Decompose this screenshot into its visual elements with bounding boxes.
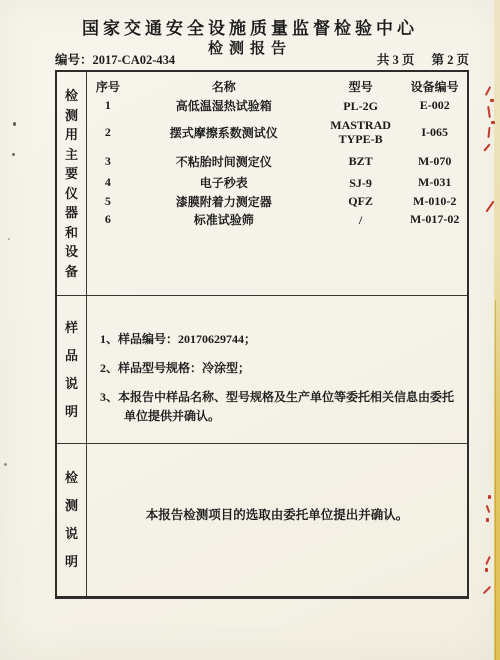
cell-name: 摆式摩擦系数测试仪	[129, 124, 319, 141]
sample-note-item: 1、样品编号：20170629744；	[100, 330, 461, 349]
cell-no: 2	[87, 125, 129, 140]
table-row: 6 标准试验筛 / M-017-02	[87, 210, 467, 229]
cell-name: 不粘胎时间测定仪	[129, 153, 319, 170]
scanned-report-page: 国家交通安全设施质量监督检验中心 检测报告 编号：2017-CA02-434 共…	[0, 0, 500, 660]
report-table: 检测用主要仪器和设备 序号 名称 型号 设备编号 1 高低温湿热试验箱 PL-2…	[55, 70, 469, 599]
cell-device-no: M-070	[402, 154, 467, 169]
cell-name: 电子秒表	[129, 174, 319, 191]
table-row: 3 不粘胎时间测定仪 BZT M-070	[87, 149, 467, 173]
instruments-table: 序号 名称 型号 设备编号 1 高低温湿热试验箱 PL-2G E-002 2 摆…	[87, 72, 467, 229]
test-note-text: 本报告检测项目的选取由委托单位提出并确认。	[126, 505, 429, 523]
sample-side-label: 样品说明	[65, 314, 78, 426]
test-note-side-label: 检测说明	[65, 464, 78, 576]
page-current: 第 2 页	[431, 53, 469, 67]
scan-speck	[12, 153, 15, 156]
cell-no: 5	[87, 194, 129, 209]
page-edge-line	[495, 300, 496, 660]
sample-content: 1、样品编号：20170629744； 2、样品型号规格：冷涂型； 3、本报告中…	[87, 296, 467, 443]
instruments-content: 序号 名称 型号 设备编号 1 高低温湿热试验箱 PL-2G E-002 2 摆…	[87, 72, 467, 295]
cell-device-no: M-031	[402, 175, 467, 190]
page-total: 共 3 页	[377, 53, 415, 67]
report-number: 编号：2017-CA02-434	[55, 50, 175, 68]
cell-model: QFZ	[319, 194, 403, 208]
scan-speck	[4, 463, 7, 466]
report-number-value: 2017-CA02-434	[93, 53, 176, 67]
cell-no: 3	[87, 154, 129, 169]
col-header-device-no: 设备编号	[402, 78, 467, 95]
col-header-name: 名称	[129, 78, 319, 95]
cell-device-no: I-065	[402, 125, 467, 140]
report-meta-row: 编号：2017-CA02-434 共 3 页 第 2 页	[55, 50, 469, 68]
test-note-section: 检测说明 本报告检测项目的选取由委托单位提出并确认。	[57, 443, 467, 596]
table-row: 5 漆膜附着力测定器 QFZ M-010-2	[87, 192, 467, 210]
col-header-model: 型号	[319, 80, 403, 94]
cell-device-no: M-017-02	[402, 212, 467, 227]
cell-model: PL-2G	[319, 99, 403, 113]
page-indicator: 共 3 页 第 2 页	[363, 50, 469, 68]
cell-no: 6	[87, 212, 129, 227]
cell-no: 1	[87, 98, 129, 113]
cell-model: /	[319, 213, 403, 227]
cell-name: 漆膜附着力测定器	[129, 193, 319, 210]
report-number-label: 编号：	[55, 53, 93, 67]
cell-model: MASTRAD TYPE-B	[319, 118, 403, 146]
instruments-side-cell: 检测用主要仪器和设备	[57, 72, 87, 295]
cell-no: 4	[87, 175, 129, 190]
cell-model: BZT	[319, 154, 403, 168]
table-row: 1 高低温湿热试验箱 PL-2G E-002	[87, 96, 467, 115]
cell-name: 高低温湿热试验箱	[129, 97, 319, 114]
instruments-section: 检测用主要仪器和设备 序号 名称 型号 设备编号 1 高低温湿热试验箱 PL-2…	[57, 72, 467, 295]
scan-speck	[13, 122, 16, 126]
sample-note-item: 2、样品型号规格：冷涂型；	[100, 359, 461, 378]
table-row: 2 摆式摩擦系数测试仪 MASTRAD TYPE-B I-065	[87, 115, 467, 149]
sample-note-item: 3、本报告中样品名称、型号规格及生产单位等委托相关信息由委托单位提供并确认。	[100, 388, 461, 426]
test-note-side-cell: 检测说明	[57, 444, 87, 596]
scan-speck	[8, 238, 10, 240]
test-note-content: 本报告检测项目的选取由委托单位提出并确认。	[87, 444, 467, 596]
col-header-no: 序号	[87, 78, 129, 95]
sample-side-cell: 样品说明	[57, 296, 87, 443]
page-title: 国家交通安全设施质量监督检验中心	[0, 14, 500, 39]
cell-device-no: E-002	[402, 98, 467, 113]
sample-notes: 1、样品编号：20170629744； 2、样品型号规格：冷涂型； 3、本报告中…	[87, 296, 467, 426]
cell-name: 标准试验筛	[129, 211, 319, 228]
instruments-header-row: 序号 名称 型号 设备编号	[87, 77, 467, 96]
table-row: 4 电子秒表 SJ-9 M-031	[87, 173, 467, 192]
cell-model: SJ-9	[319, 176, 403, 190]
cell-device-no: M-010-2	[402, 194, 467, 209]
instruments-side-label: 检测用主要仪器和设备	[65, 86, 78, 281]
sample-section: 样品说明 1、样品编号：20170629744； 2、样品型号规格：冷涂型； 3…	[57, 295, 467, 443]
